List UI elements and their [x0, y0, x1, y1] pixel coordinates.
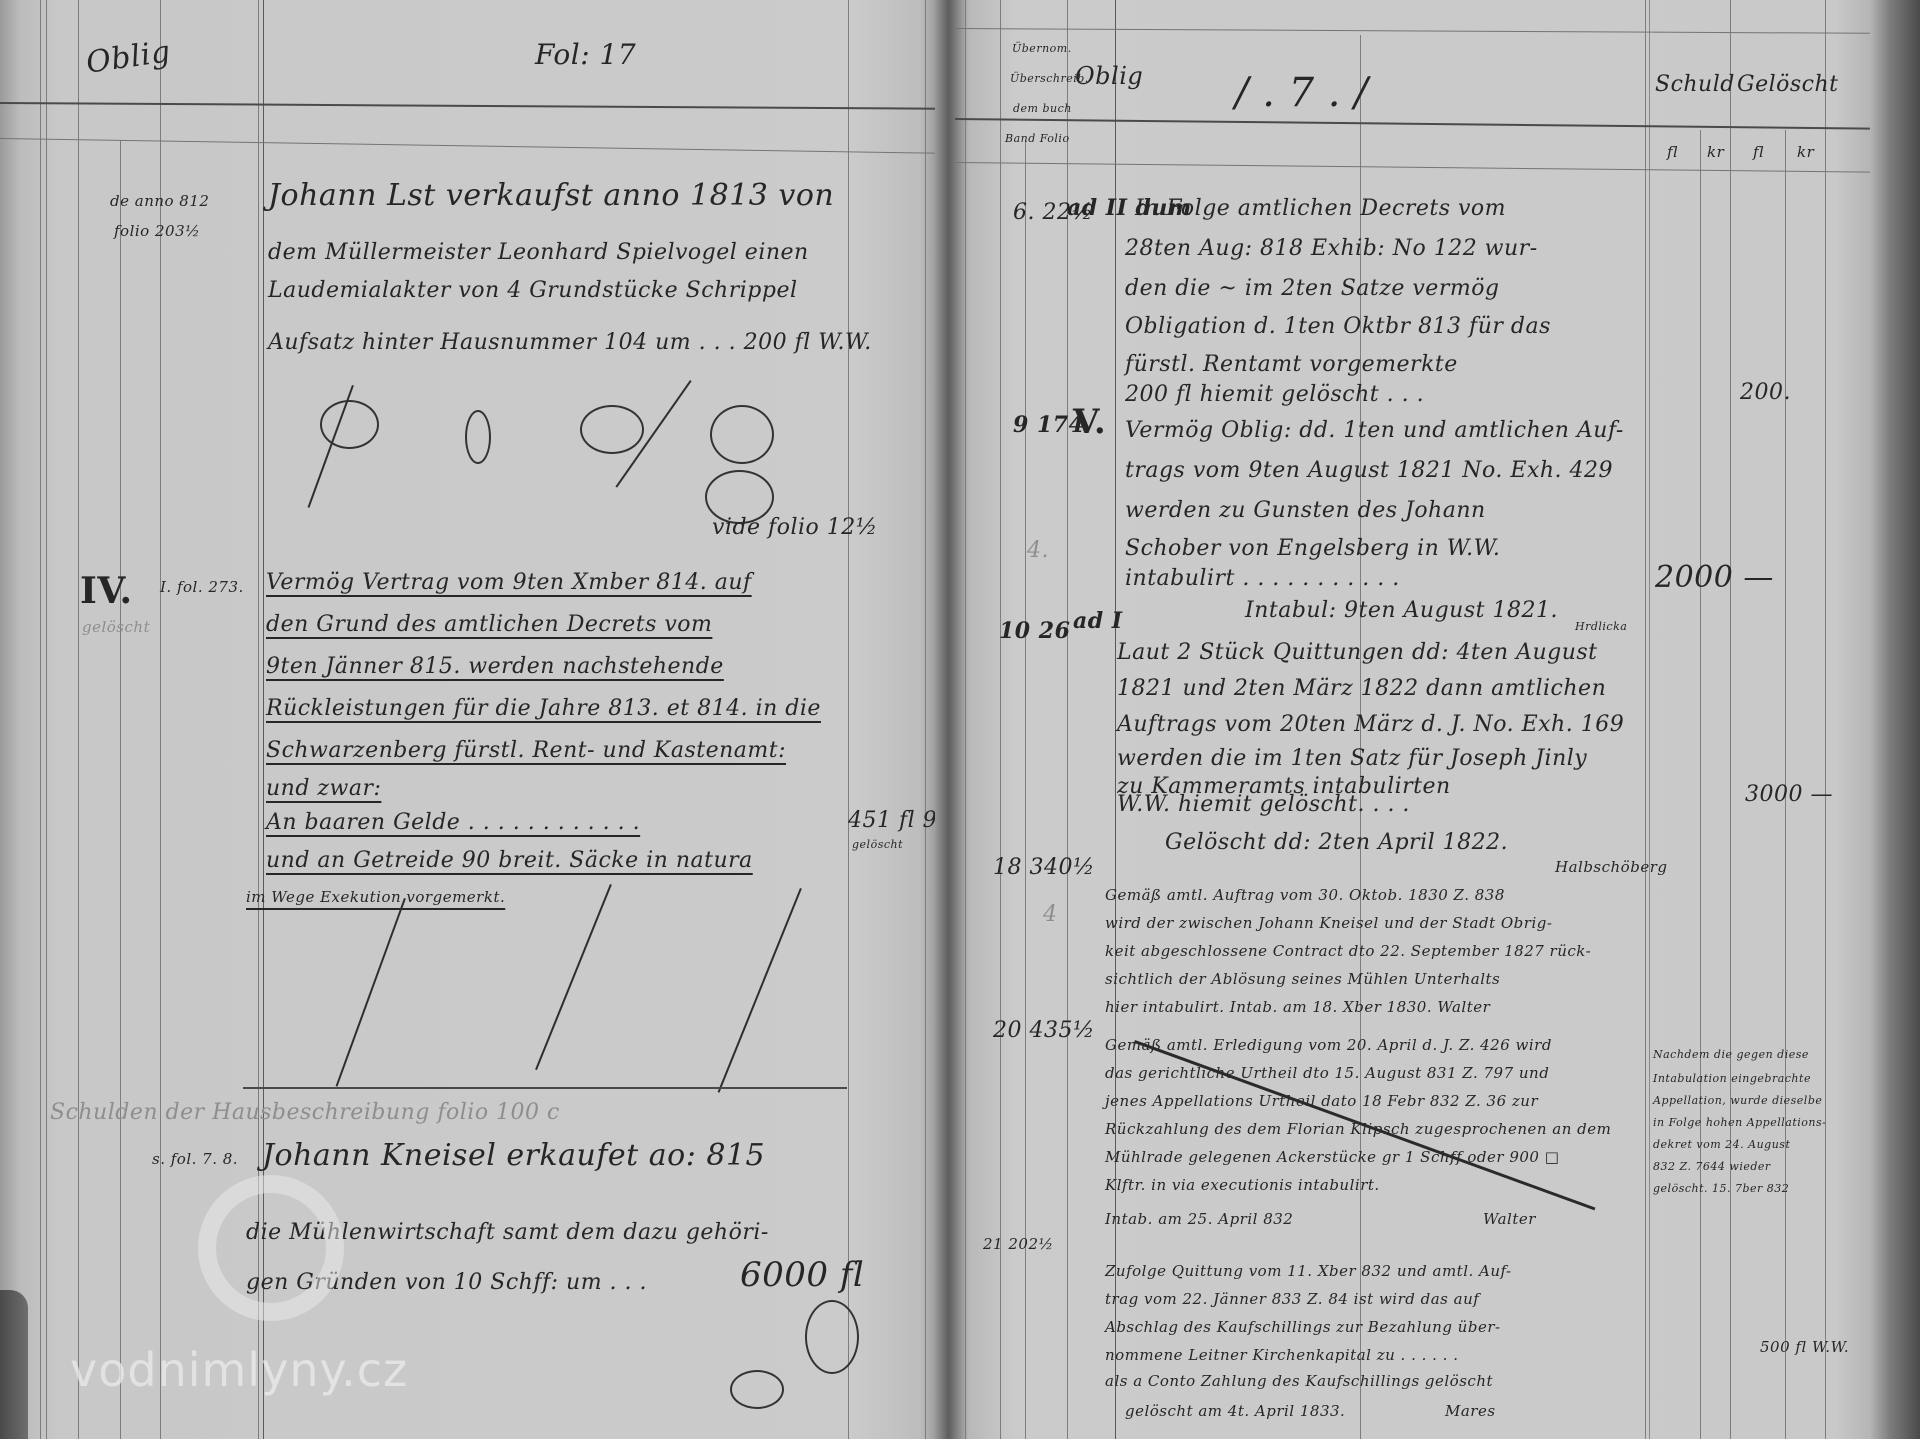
amount-note: gelöscht	[852, 838, 903, 851]
geloscht-amount: 200.	[1740, 380, 1791, 405]
entry-line: Vermög Oblig: dd. 1ten und amtlichen Auf…	[1125, 418, 1624, 443]
entry-reference: I. fol. 273.	[160, 578, 244, 596]
entry-line: Vermög Vertrag vom 9ten Xmber 814. auf	[266, 570, 752, 595]
schuld-amount: 2000 —	[1655, 560, 1774, 595]
header-rule	[0, 138, 940, 154]
signature: Walter	[1483, 1210, 1536, 1228]
header-rule	[955, 162, 1870, 173]
currency-header-kr: kr	[1797, 143, 1814, 161]
entry-line: das gerichtliche Urtheil dto 15. August …	[1105, 1064, 1549, 1082]
rule-line	[1825, 0, 1826, 1439]
flourish-mark	[465, 410, 491, 464]
oblig-number: ad I	[1073, 608, 1123, 634]
entry-line: den die ~ im 2ten Satze vermög	[1125, 276, 1500, 301]
entry-line: fürstl. Rentamt vorgemerkte	[1125, 352, 1458, 377]
entry-line: Auftrags vom 20ten März d. J. No. Exh. 1…	[1117, 712, 1624, 737]
rule-line	[1700, 130, 1701, 1439]
entry-line: Gemäß amtl. Erledigung vom 20. April d. …	[1105, 1036, 1552, 1054]
entry-line: hier intabulirt. Intab. am 18. Xber 1830…	[1105, 998, 1490, 1016]
side-note: gelöscht	[82, 618, 150, 636]
flourish-mark	[320, 400, 379, 449]
flourish-mark	[805, 1300, 859, 1374]
flourish-mark	[730, 1370, 784, 1409]
watermark-text: vodnimlyny.cz	[70, 1343, 408, 1397]
entry-line: Aufsatz hinter Hausnummer 104 um . . . 2…	[268, 330, 872, 355]
column-header-geloscht: Gelöscht	[1737, 72, 1839, 97]
remark-line: Appellation, wurde dieselbe	[1653, 1094, 1822, 1107]
entry-line: als a Conto Zahlung des Kaufschillings g…	[1105, 1372, 1493, 1390]
entry-footer: Gelöscht dd: 2ten April 1822.	[1165, 830, 1508, 855]
entry-line: Johann Kneisel erkaufet ao: 815	[262, 1138, 765, 1173]
column-header-oblig: Oblig	[1075, 62, 1143, 90]
rule-line	[925, 0, 926, 1439]
signature: Hrdlicka	[1575, 620, 1627, 633]
remark-line: gelöscht. 15. 7ber 832	[1653, 1182, 1789, 1195]
currency-header-fl: fl	[1753, 143, 1764, 161]
side-mark: 4	[1043, 902, 1058, 927]
band-folio: 10 26	[999, 618, 1070, 644]
header-rule	[955, 28, 1870, 34]
band-folio: 21 202½	[983, 1235, 1054, 1253]
entry-line: Johann Lst verkaufst anno 1813 von	[268, 178, 834, 213]
entry-line: In Folge amtlichen Decrets vom	[1135, 196, 1506, 221]
entry-line: Klftr. in via executionis intabulirt.	[1105, 1176, 1380, 1194]
geloscht-amount: 3000 —	[1745, 782, 1833, 807]
geloscht-amount: 500 fl W.W.	[1760, 1338, 1849, 1356]
entry-line: wird der zwischen Johann Kneisel und der…	[1105, 914, 1552, 932]
entry-line: intabulirt . . . . . . . . . . .	[1125, 566, 1400, 591]
faded-note: Schulden der Hausbeschreibung folio 100 …	[50, 1100, 560, 1125]
rule-line	[46, 0, 47, 1439]
entry-line: 28ten Aug: 818 Exhib: No 122 wur-	[1125, 236, 1538, 261]
remark-line: dekret vom 24. August	[1653, 1138, 1790, 1151]
rule-line	[1000, 0, 1001, 1439]
entry-line: gelöscht am 4t. April 1833.	[1125, 1402, 1345, 1420]
signature: Halbschöberg	[1555, 858, 1667, 876]
column-header-transfer: Band Folio	[1005, 132, 1070, 145]
rule-line	[160, 0, 161, 1439]
entry-line: Rückleistungen für die Jahre 813. et 814…	[266, 696, 821, 721]
remark-line: Nachdem die gegen diese	[1653, 1048, 1809, 1061]
entry-line: und zwar:	[266, 776, 381, 801]
entry-line: Gemäß amtl. Auftrag vom 30. Oktob. 1830 …	[1105, 886, 1505, 904]
thumb-shadow	[0, 1290, 28, 1439]
page-center-mark: / . 7 . /	[1235, 70, 1368, 116]
entry-line: den Grund des amtlichen Decrets vom	[266, 612, 712, 637]
entry-line: werden zu Gunsten des Johann	[1125, 498, 1486, 523]
oblig-number: V.	[1073, 402, 1106, 442]
entry-line: Schwarzenberg fürstl. Rent- und Kastenam…	[266, 738, 786, 763]
entry-line: trag vom 22. Jänner 833 Z. 84 ist wird d…	[1105, 1290, 1479, 1308]
column-header-transfer: Übernom.	[1012, 42, 1072, 55]
cross-reference-note: vide folio 12½	[712, 515, 878, 540]
rule-line	[1730, 0, 1731, 1439]
signature: Mares	[1445, 1402, 1496, 1420]
entry-line: Mühlrade gelegenen Ackerstücke gr 1 Schf…	[1105, 1148, 1559, 1166]
remark-line: in Folge hohen Appellations-	[1653, 1116, 1826, 1129]
band-folio: 20 435½	[993, 1018, 1095, 1043]
entry-line: dem Müllermeister Leonhard Spielvogel ei…	[268, 240, 809, 265]
rule-line	[78, 0, 79, 1439]
amount-value: 6000 fl	[740, 1255, 864, 1295]
entry-line: im Wege Exekution vorgemerkt.	[246, 888, 505, 906]
entry-line: trags vom 9ten August 1821 No. Exh. 429	[1125, 458, 1613, 483]
entry-line: keit abgeschlossene Contract dto 22. Sep…	[1105, 942, 1591, 960]
rule-line	[965, 0, 966, 1439]
entry-line: 200 fl hiemit gelöscht . . .	[1125, 382, 1424, 407]
entry-line: sichtlich der Ablösung seines Mühlen Unt…	[1105, 970, 1500, 988]
entry-line: Obligation d. 1ten Oktbr 813 für das	[1125, 314, 1551, 339]
entry-line: werden die im 1ten Satz für Joseph Jinly	[1117, 746, 1587, 771]
amount-value: 451 fl 9½	[848, 808, 945, 833]
entry-line: Laut 2 Stück Quittungen dd: 4ten August	[1117, 640, 1598, 665]
entry-line: 9ten Jänner 815. werden nachstehende	[266, 654, 724, 679]
cancellation-slash	[718, 888, 802, 1093]
entry-reference: s. fol. 7. 8.	[152, 1150, 238, 1168]
rule-line	[120, 140, 121, 1439]
currency-header-kr: kr	[1707, 143, 1724, 161]
entry-line: Zufolge Quittung vom 11. Xber 832 und am…	[1105, 1262, 1512, 1280]
watermark-gear-icon	[198, 1175, 344, 1321]
band-folio: 18 340½	[993, 855, 1095, 880]
left-page: Oblig Fol: 17 de anno 812 folio 203½ Joh…	[0, 0, 945, 1439]
remark-line: 832 Z. 7644 wieder	[1653, 1160, 1771, 1173]
entry-line: 1821 und 2ten März 1822 dann amtlichen	[1117, 676, 1606, 701]
right-page: Übernom. Überschreib. dem buch Band Foli…	[955, 0, 1920, 1439]
entry-line: und an Getreide 90 breit. Säcke in natur…	[266, 848, 753, 873]
cancellation-slash	[535, 884, 612, 1070]
column-header-transfer: dem buch	[1013, 102, 1072, 115]
folio-number: Fol: 17	[535, 38, 636, 71]
column-header-schuld: Schuld	[1655, 72, 1735, 97]
flourish-mark	[710, 405, 774, 464]
section-rule	[243, 1087, 847, 1089]
entry-line: W.W. hiemit gelöscht. . . .	[1117, 792, 1410, 817]
remark-line: Intabulation eingebrachte	[1653, 1072, 1811, 1085]
entry-reference: de anno 812	[110, 192, 209, 210]
currency-header-fl: fl	[1667, 143, 1678, 161]
rule-line	[40, 0, 41, 1439]
rule-line	[1645, 0, 1646, 1439]
rule-line	[848, 0, 849, 1439]
entry-line: Intab. am 25. April 832	[1105, 1210, 1293, 1228]
entry-line: Laudemialakter von 4 Grundstücke Schripp…	[268, 278, 798, 303]
entry-footer: Intabul: 9ten August 1821.	[1245, 598, 1558, 623]
flourish-mark	[580, 405, 644, 454]
entry-line: An baaren Gelde . . . . . . . . . . . .	[266, 810, 640, 835]
entry-line: nommene Leitner Kirchenkapital zu . . . …	[1105, 1346, 1458, 1364]
entry-line: Schober von Engelsberg in W.W.	[1125, 536, 1500, 561]
cancellation-slash	[336, 898, 406, 1087]
side-mark: 4.	[1027, 538, 1049, 563]
header-rule	[955, 118, 1870, 130]
header-rule	[0, 102, 940, 110]
roman-numeral: IV.	[80, 570, 133, 612]
entry-line: Abschlag des Kaufschillings zur Bezahlun…	[1105, 1318, 1501, 1336]
entry-reference: folio 203½	[114, 222, 200, 240]
